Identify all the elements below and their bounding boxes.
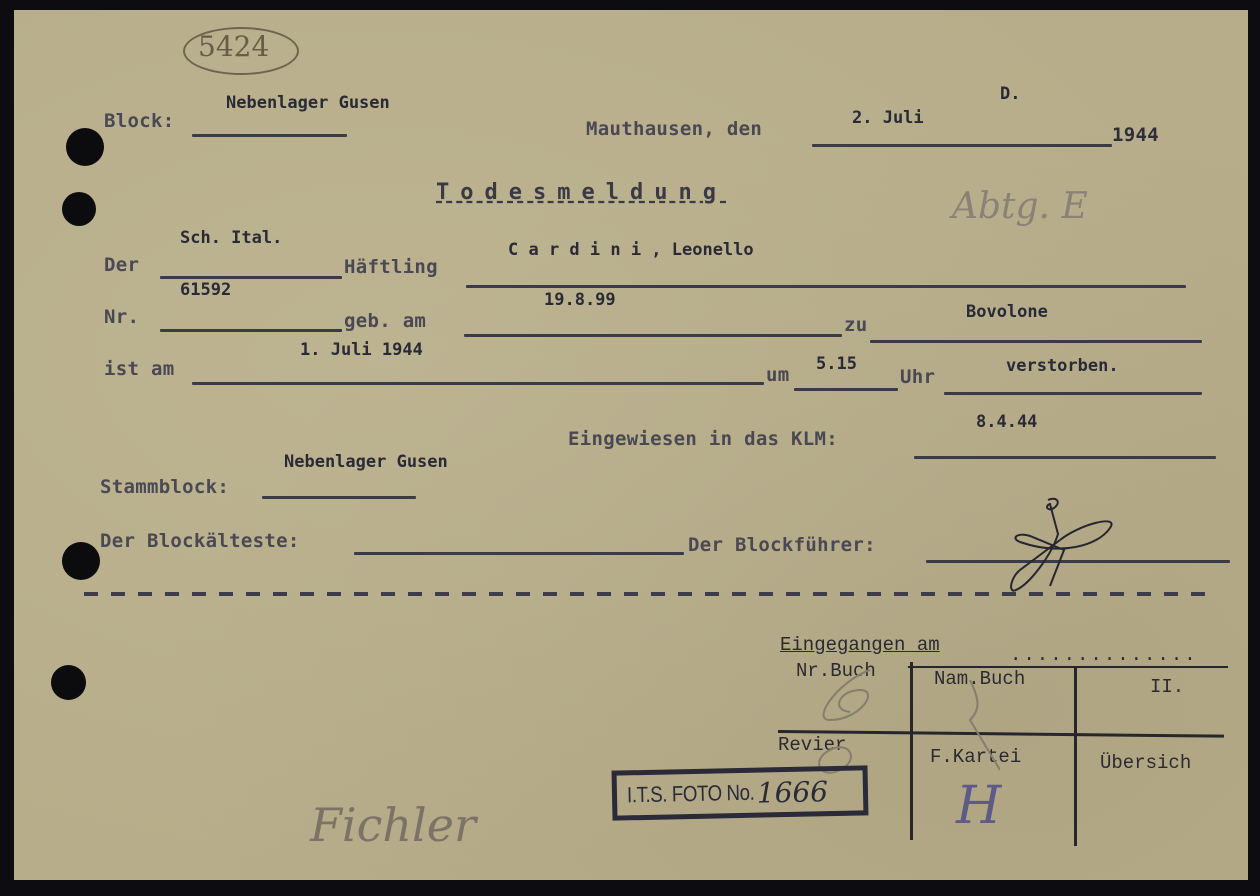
prisoner-number: 61592 — [180, 280, 231, 300]
punch-hole — [51, 665, 86, 700]
death-time: 5.15 — [816, 354, 857, 374]
date-marker: D. — [1000, 84, 1020, 104]
handwritten-signature: Fichler — [310, 798, 476, 852]
punch-hole — [62, 192, 96, 226]
death-date: 1. Juli 1944 — [300, 340, 423, 360]
nr-label: Nr. — [104, 306, 139, 328]
punch-hole — [66, 128, 104, 166]
blockaelteste-label: Der Blockälteste: — [100, 530, 300, 552]
place-date-label: Mauthausen, den — [586, 118, 762, 140]
date-line — [812, 144, 1112, 147]
death-time-line — [794, 388, 898, 391]
stammblock-line — [262, 496, 416, 499]
date-value: 2. Juli — [852, 108, 924, 128]
admitted-date: 8.4.44 — [976, 412, 1037, 432]
block-line — [192, 134, 347, 137]
receipt-divider — [1074, 666, 1077, 846]
admitted-label: Eingewiesen in das KLM: — [568, 428, 838, 450]
stammblock-label: Stammblock: — [100, 476, 229, 498]
death-status: verstorben. — [1006, 356, 1119, 376]
kartei-mark: H — [956, 776, 1001, 836]
number-line — [160, 329, 342, 332]
prisoner-name: C a r d i n i , Leonello — [508, 240, 754, 260]
birth-date-line — [464, 334, 842, 337]
date-year: 1944 — [1112, 124, 1159, 146]
dashed-separator — [84, 592, 1214, 596]
zu-label: zu — [844, 314, 867, 336]
archive-number: 5424 — [198, 30, 269, 63]
cell-ii: II. — [1150, 676, 1184, 698]
death-date-line — [192, 382, 764, 385]
uhr-label: Uhr — [900, 366, 935, 388]
admitted-line — [914, 456, 1216, 459]
der-label: Der — [104, 254, 139, 276]
ist-am-label: ist am — [104, 358, 174, 380]
cell-uebersich: Übersich — [1100, 752, 1191, 774]
name-line — [466, 285, 1186, 288]
stamp-number: 1666 — [756, 775, 828, 809]
block-value: Nebenlager Gusen — [226, 93, 390, 113]
stamp-prefix: I.T.S. FOTO No. — [627, 780, 755, 809]
status-line — [944, 392, 1202, 395]
its-foto-stamp: I.T.S. FOTO No. 1666 — [612, 765, 869, 820]
geb-label: geb. am — [344, 310, 426, 332]
block-label: Block: — [104, 110, 174, 132]
stammblock-value: Nebenlager Gusen — [284, 452, 448, 472]
punch-hole — [62, 542, 100, 580]
blockfuehrer-label: Der Blockführer: — [688, 534, 876, 556]
blockaelteste-line — [354, 552, 684, 555]
haeftling-label: Häftling — [344, 256, 438, 278]
birth-date: 19.8.99 — [544, 290, 616, 310]
blockfuehrer-signature-icon — [1000, 494, 1130, 604]
page-title: Todesmeldung — [436, 180, 727, 205]
birth-place: Bovolone — [966, 302, 1048, 322]
prisoner-category: Sch. Ital. — [180, 228, 282, 248]
abtg-annotation: Abtg. E — [952, 186, 1088, 227]
um-label: um — [766, 364, 789, 386]
birth-place-line — [870, 340, 1202, 343]
category-line — [160, 276, 342, 279]
receipt-dots: .............. — [1010, 644, 1198, 666]
